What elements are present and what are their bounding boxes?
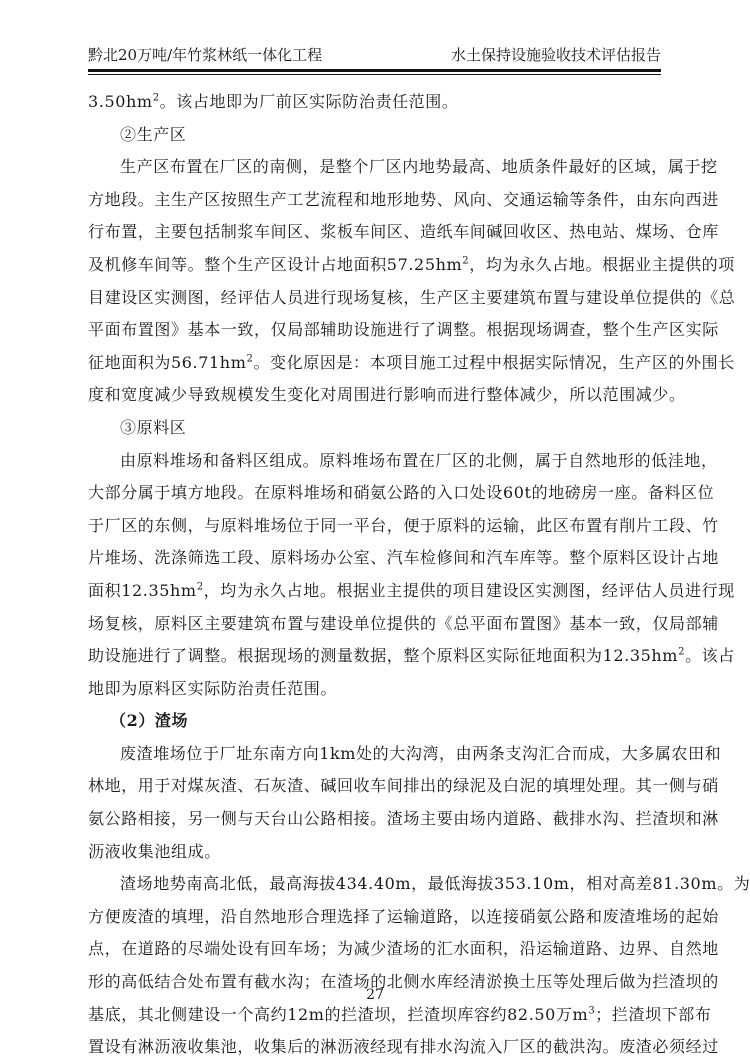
- running-header: 黔北20万吨/年竹浆林纸一体化工程 水土保持设施验收技术评估报告: [88, 44, 661, 66]
- header-rule-thick: [88, 69, 661, 72]
- section-heading: （2）渣场: [88, 705, 661, 738]
- text-line: 林地，用于对煤灰渣、石灰渣、碱回收车间排出的绿泥及白泥的填埋处理。其一侧与硝: [88, 770, 661, 803]
- header-project-title: 黔北20万吨/年竹浆林纸一体化工程: [88, 44, 322, 66]
- document-body: 3.50hm2。该占地即为厂前区实际防治责任范围。②生产区生产区布置在厂区的南侧…: [88, 86, 661, 1061]
- text-line: 置设有淋沥液收集池，收集后的淋沥液经现有排水沟流入厂区的截洪沟。废渣必须经过: [88, 1031, 661, 1061]
- text-line: ②生产区: [88, 119, 661, 152]
- text-line: 及机修车间等。整个生产区设计占地面积57.25hm2，均为永久占地。根据业主提供…: [88, 249, 661, 282]
- text-line: 度和宽度减少导致规模发生变化对周围进行影响而进行整体减少，所以范围减少。: [88, 379, 661, 412]
- text-line: 3.50hm2。该占地即为厂前区实际防治责任范围。: [88, 86, 661, 119]
- text-line: 方便废渣的填埋，沿自然地形合理选择了运输道路，以连接硝氨公路和废渣堆场的起始: [88, 901, 661, 934]
- text-line: 征地面积为56.71hm2。变化原因是：本项目施工过程中根据实际情况，生产区的外…: [88, 347, 661, 380]
- text-line: 片堆场、洗涤筛选工段、原料场办公室、汽车检修间和汽车库等。整个原料区设计占地: [88, 542, 661, 575]
- text-line: 氨公路相接，另一侧与天台山公路相接。渣场主要由场内道路、截排水沟、拦渣坝和淋: [88, 803, 661, 836]
- text-line: 大部分属于填方地段。在原料堆场和硝氨公路的入口处设60t的地磅房一座。备料区位: [88, 477, 661, 510]
- text-line: 目建设区实测图，经评估人员进行现场复核，生产区主要建筑布置与建设单位提供的《总: [88, 282, 661, 315]
- text-line: 基底，其北侧建设一个高约12m的拦渣坝，拦渣坝库容约82.50万m3；拦渣坝下部…: [88, 999, 661, 1032]
- text-line: 于厂区的东侧，与原料堆场位于同一平台，便于原料的运输，此区布置有削片工段、竹: [88, 510, 661, 543]
- text-line: 沥液收集池组成。: [88, 836, 661, 869]
- text-line: 渣场地势南高北低，最高海拔434.40m，最低海拔353.10m，相对高差81.…: [88, 868, 661, 901]
- text-line: ③原料区: [88, 412, 661, 445]
- text-line: 生产区布置在厂区的南侧，是整个厂区内地势最高、地质条件最好的区域，属于挖: [88, 151, 661, 184]
- document-page: 黔北20万吨/年竹浆林纸一体化工程 水土保持设施验收技术评估报告 3.50hm2…: [0, 0, 750, 1061]
- page-number: 27: [0, 987, 750, 1003]
- text-line: 面积12.35hm2，均为永久占地。根据业主提供的项目建设区实测图，经评估人员进…: [88, 575, 661, 608]
- text-line: 助设施进行了调整。根据现场的测量数据，整个原料区实际征地面积为12.35hm2。…: [88, 640, 661, 673]
- header-rule-thin: [88, 74, 661, 75]
- text-line: 地即为原料区实际防治责任范围。: [88, 673, 661, 706]
- text-line: 方地段。主生产区按照生产工艺流程和地形地势、风向、交通运输等条件，由东向西进: [88, 184, 661, 217]
- header-report-title: 水土保持设施验收技术评估报告: [451, 44, 661, 66]
- text-line: 由原料堆场和备料区组成。原料堆场布置在厂区的北侧，属于自然地形的低洼地，: [88, 445, 661, 478]
- text-line: 场复核，原料区主要建筑布置与建设单位提供的《总平面布置图》基本一致，仅局部辅: [88, 608, 661, 641]
- text-line: 行布置，主要包括制浆车间区、浆板车间区、造纸车间碱回收区、热电站、煤场、仓库: [88, 216, 661, 249]
- text-line: 点，在道路的尽端处设有回车场；为减少渣场的汇水面积，沿运输道路、边界、自然地: [88, 933, 661, 966]
- text-line: 平面布置图》基本一致，仅局部辅助设施进行了调整。根据现场调查，整个生产区实际: [88, 314, 661, 347]
- text-line: 废渣堆场位于厂址东南方向1km处的大沟湾，由两条支沟汇合而成，大多属农田和: [88, 738, 661, 771]
